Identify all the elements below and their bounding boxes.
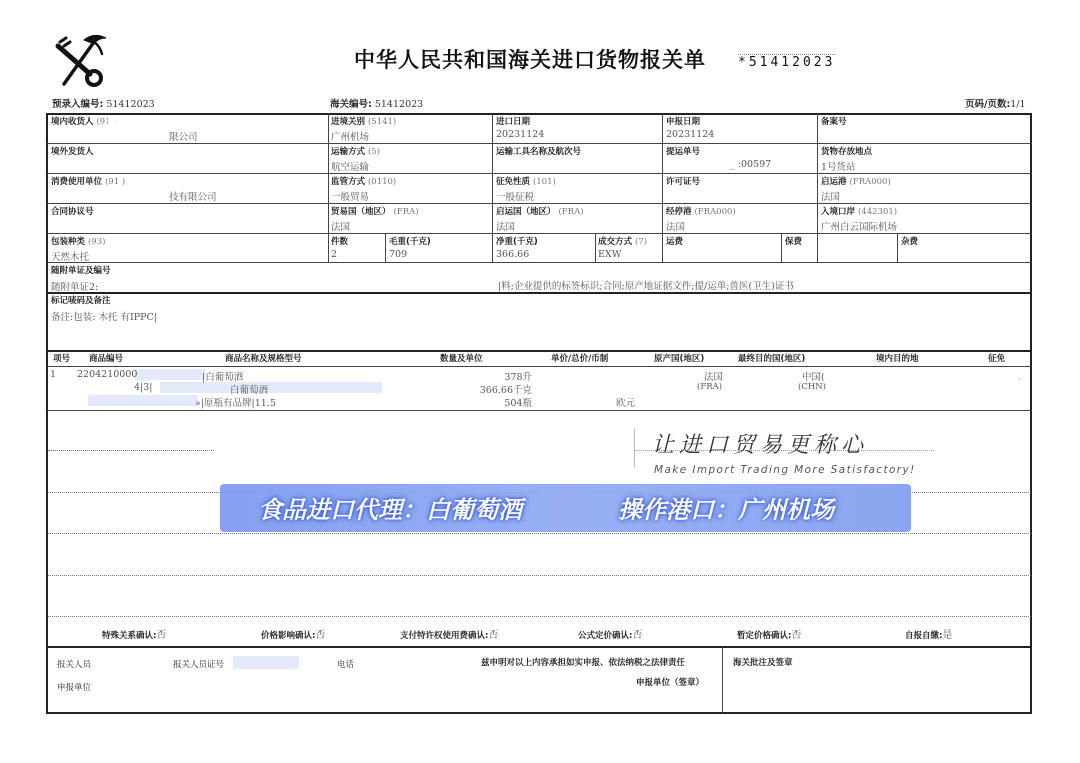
license-no-field: 许可证号	[666, 175, 700, 187]
slogan-chinese: 让进口贸易更称心	[652, 428, 868, 459]
transit-port-field: 经停港 (FRA000) 法国	[666, 205, 736, 233]
declaring-unit-seal-label: 申报单位（签章）	[636, 676, 704, 688]
storage-place-field: 货物存放地点 1号货站	[821, 145, 872, 173]
confirm-price-impact: 价格影响确认:否	[261, 626, 325, 641]
misc-fee-field: 杂费	[901, 235, 918, 247]
col-item-no: 项号	[53, 352, 70, 364]
overseas-shipper-field: 境外发货人	[51, 145, 94, 157]
declaring-unit-label: 申报单位	[57, 681, 91, 693]
transport-mode-field: 运输方式 (5) 航空运输	[331, 145, 380, 173]
record-no-field: 备案号	[821, 115, 847, 127]
transport-tool-field: 运输工具名称及航次号	[496, 145, 581, 157]
package-type-field: 包装种类 (93) 天然木托	[51, 235, 105, 263]
confirm-provisional-price: 暂定价格确认:否	[737, 626, 801, 641]
pieces-field: 件数 2	[331, 235, 348, 260]
col-origin: 原产国(地区)	[654, 352, 704, 364]
departure-port-field: 启运港 (FRA000) 法国	[821, 175, 891, 203]
freight-field: 运费	[666, 235, 683, 247]
customs-annotation-label: 海关批注及签章	[733, 656, 793, 668]
confirm-royalty: 支付特许权使用费确认:否	[400, 626, 498, 641]
self-declare-self-pay: 自报自缴:是	[905, 626, 952, 641]
customs-emblem-icon	[50, 32, 108, 90]
barcode-number: *51412023	[738, 54, 835, 70]
col-levy: 征免	[988, 352, 1005, 364]
entry-port-field: 入境口岸 (442301) 广州白云国际机场	[821, 205, 897, 233]
col-destination: 最终目的国(地区)	[738, 352, 805, 364]
declarant-id-label: 报关人员证号	[173, 658, 224, 670]
promo-banner: 食品进口代理：白葡萄酒 操作港口：广州机场	[220, 484, 911, 532]
net-weight-field: 净重(千克) 366.66	[496, 235, 538, 260]
page-title: 中华人民共和国海关进口货物报关单	[354, 44, 706, 74]
attached-docs-field: 随附单证及编号 随附单证2:	[51, 264, 111, 293]
insurance-field: 保费	[785, 235, 802, 247]
col-name-spec: 商品名称及规格型号	[225, 352, 302, 364]
banner-product: 食品进口代理：白葡萄酒	[258, 490, 522, 525]
declare-date-field: 申报日期 20231124	[666, 115, 714, 140]
col-hs-code: 商品编号	[89, 352, 123, 364]
confirm-special-relationship: 特殊关系确认:否	[102, 626, 166, 641]
customs-number: 海关编号: 51412023	[330, 96, 423, 110]
banner-port: 操作港口：广州机场	[618, 490, 834, 525]
import-date-field: 进口日期 20231124	[496, 115, 544, 140]
declaration-statement: 兹申明对以上内容承担如实申报、依法纳税之法律责任	[481, 656, 685, 668]
declarant-label: 报关人员	[57, 658, 91, 670]
col-domestic-dest: 境内目的地	[876, 352, 919, 364]
supervision-mode-field: 监管方式 (0110) 一般贸易	[331, 175, 396, 203]
contract-no-field: 合同协议号	[51, 205, 94, 217]
phone-label: 电话	[337, 658, 354, 670]
gross-weight-field: 毛重(千克) 709	[389, 235, 431, 260]
departure-country-field: 启运国（地区） (FRA) 法国	[496, 205, 584, 233]
col-quantity: 数量及单位	[440, 352, 483, 364]
slogan-english: Make Import Trading More Satisfactory!	[654, 464, 916, 476]
trade-country-field: 贸易国（地区） (FRA) 法国	[331, 205, 419, 233]
col-price: 单价/总价/币制	[551, 352, 608, 364]
page-count: 页码/页数:1/1	[965, 96, 1026, 110]
marks-remarks-field: 标记唛码及备注 备注:包装: 木托 有IPPC|	[51, 294, 157, 323]
attached-docs-list: |料;企业提供的标签标识;合同;原产地证据文件;提/运单;兽医(卫生)证书	[498, 278, 794, 292]
confirm-formula-pricing: 公式定价确认:否	[578, 626, 642, 641]
bill-no-field: 提运单号 _ :00597	[666, 145, 771, 170]
levy-nature-field: 征免性质 (101) 一般征税	[496, 175, 556, 203]
consumer-unit-field: 消费使用单位 (91 ) 技有限公司	[51, 175, 217, 203]
preentry-number: 预录入编号: 51412023	[52, 96, 155, 110]
deal-mode-field: 成交方式 (7) EXW	[598, 235, 647, 260]
entry-customs-field: 进境关别 (5141) 广州机场	[331, 115, 396, 143]
